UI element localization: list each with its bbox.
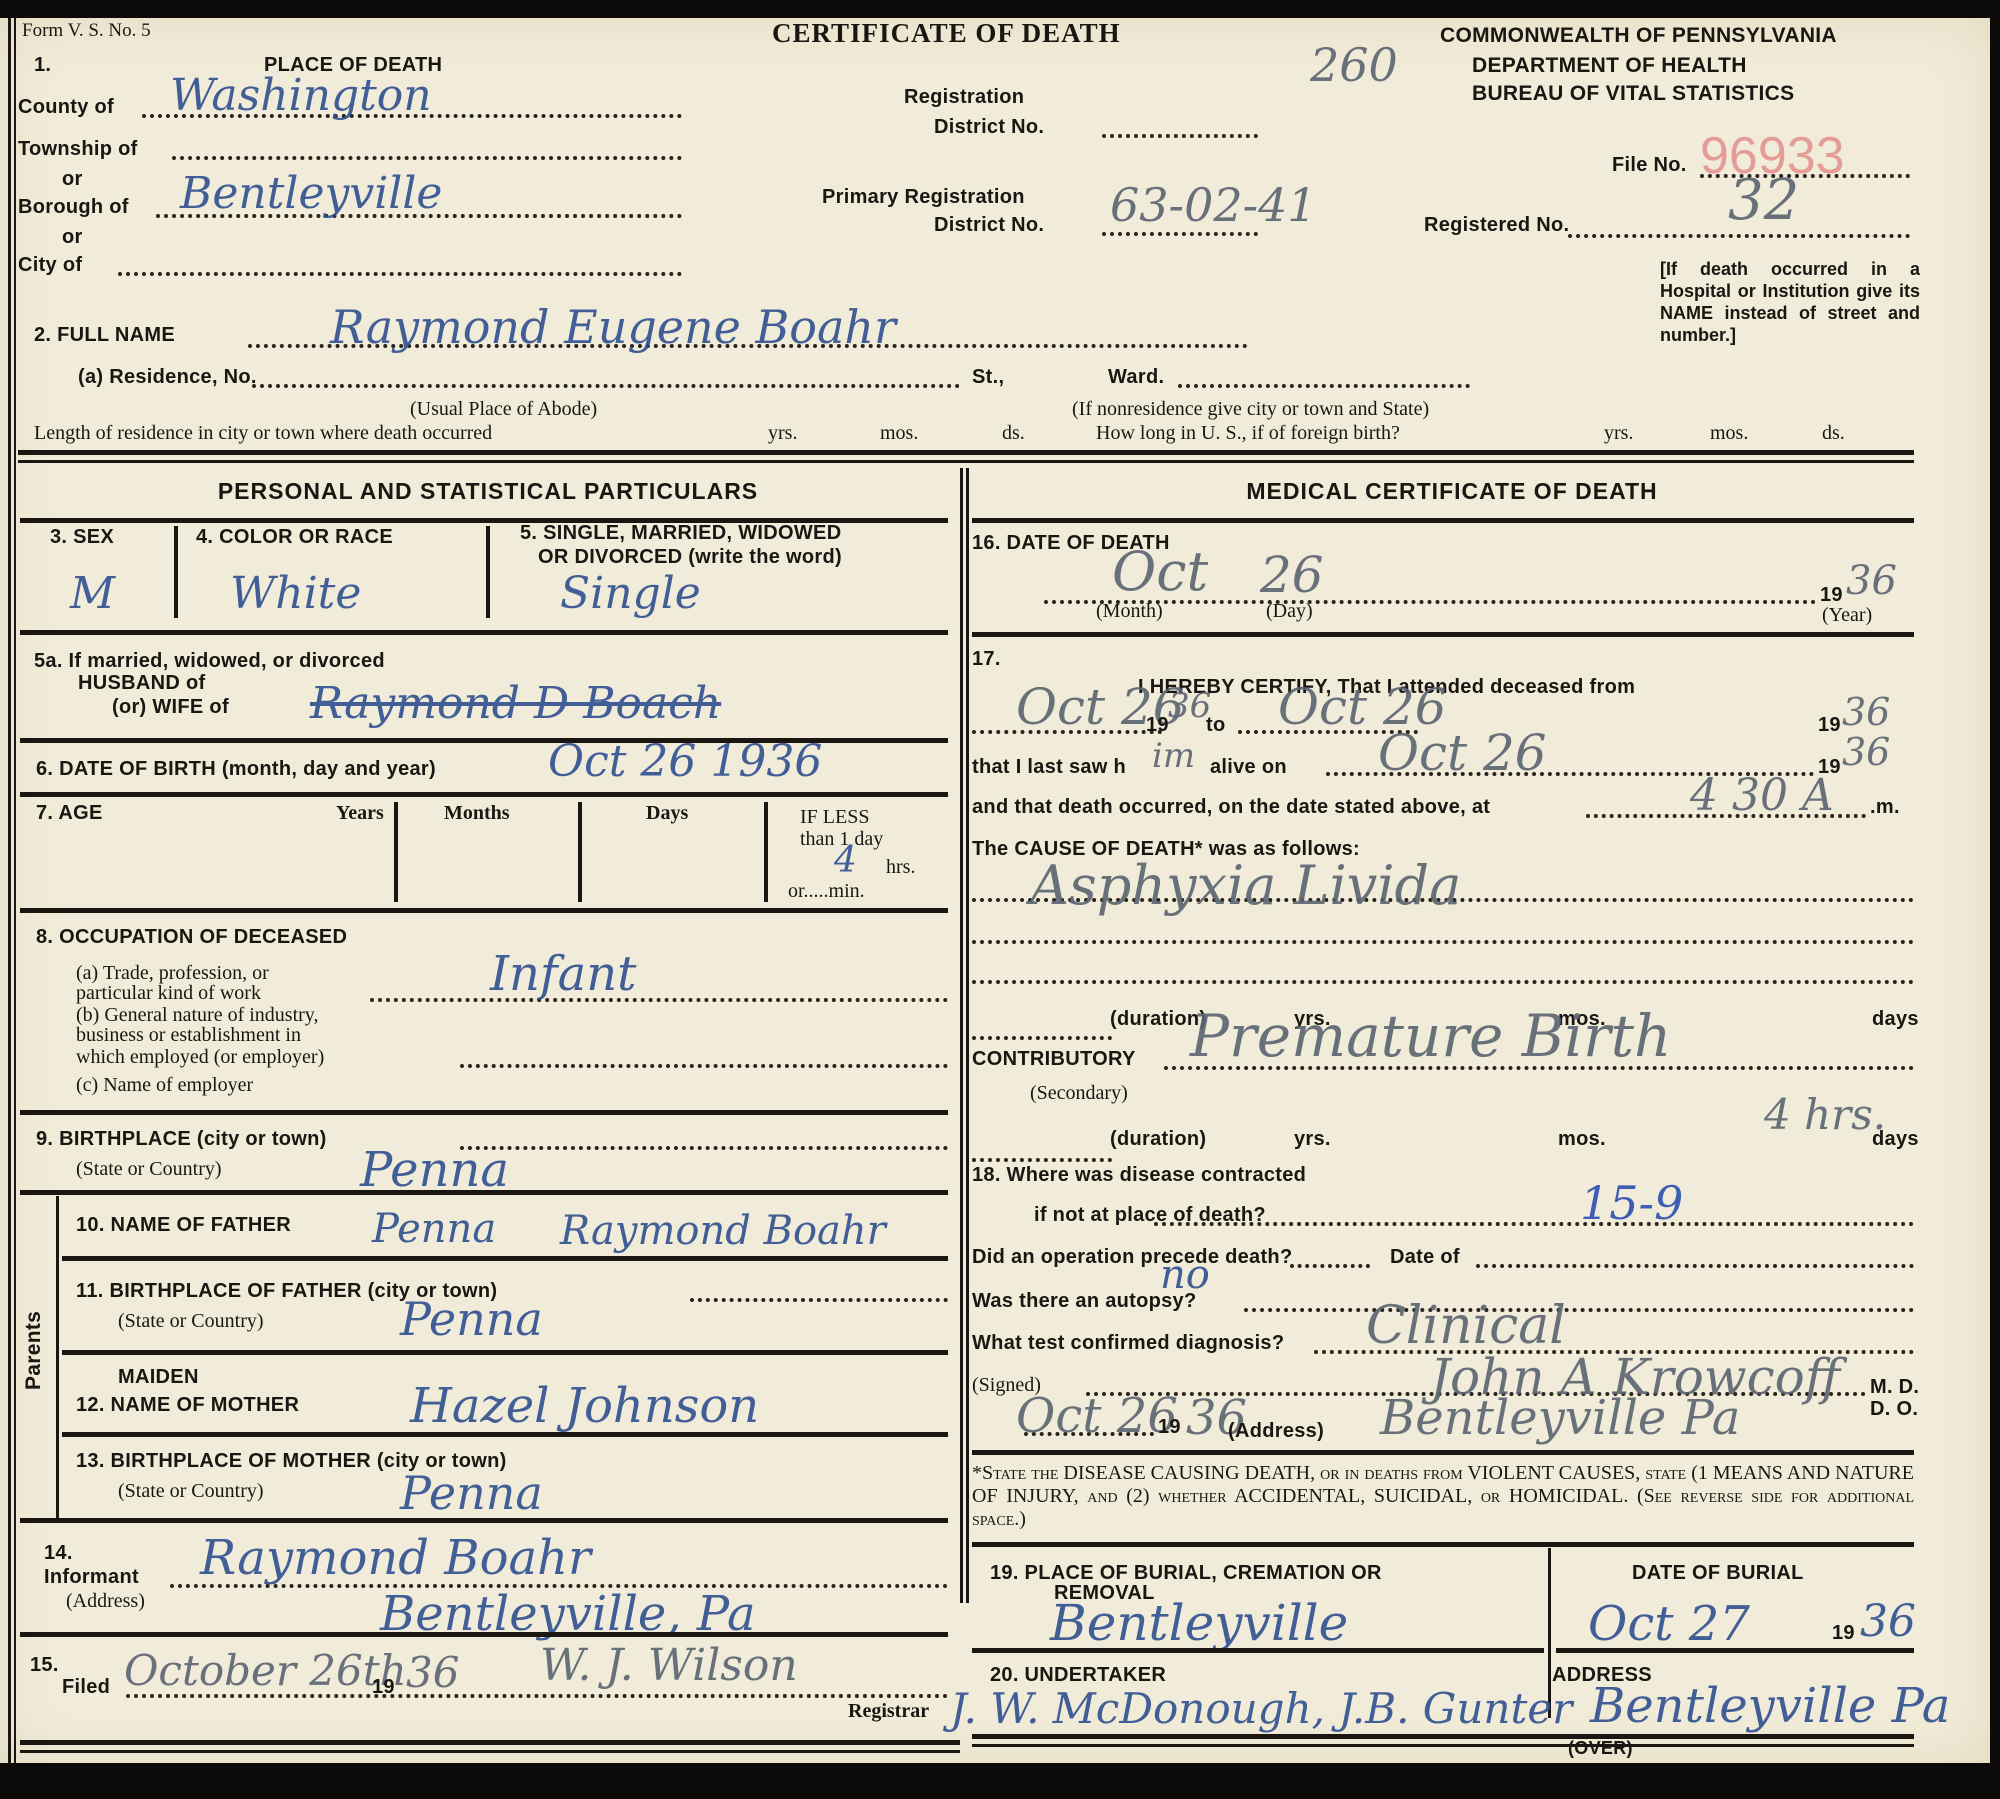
divider xyxy=(972,1542,1914,1547)
divider xyxy=(972,518,1914,523)
mother-label: 12. NAME OF MOTHER xyxy=(76,1394,299,1417)
age-label: 7. AGE xyxy=(36,802,103,825)
last-saw-date[interactable]: Oct 26 xyxy=(1378,724,1547,782)
occupation-value[interactable]: Infant xyxy=(490,946,636,1002)
operation-label: Did an operation precede death? xyxy=(972,1246,1292,1269)
spouse-value-struck[interactable]: Raymond D Boach xyxy=(310,678,721,729)
agency-line3: BUREAU OF VITAL STATISTICS xyxy=(1472,82,1794,106)
attended-to-year[interactable]: 36 xyxy=(1842,690,1890,734)
filed-label: Filed xyxy=(62,1676,110,1699)
dod-day-value[interactable]: 26 xyxy=(1260,546,1324,604)
informant-label: Informant xyxy=(44,1566,139,1589)
informant-number: 14. xyxy=(44,1542,73,1565)
last-saw-year[interactable]: 36 xyxy=(1842,730,1890,774)
dob-label: 6. DATE OF BIRTH (month, day and year) xyxy=(36,758,436,781)
residence-yrs: yrs. xyxy=(768,422,797,445)
burial-19: 19 xyxy=(1832,1622,1855,1645)
last-saw-label: that I last saw h xyxy=(972,756,1126,779)
duration-line-2 xyxy=(972,1158,1112,1162)
race-value[interactable]: White xyxy=(230,568,361,619)
divider xyxy=(20,630,948,635)
q18-note[interactable]: 15-9 xyxy=(1580,1176,1683,1230)
operation-date-label: Date of xyxy=(1390,1246,1460,1269)
or-text-1: or xyxy=(62,168,83,191)
burial-place-label-1: 19. PLACE OF BURIAL, CREMATION OR xyxy=(990,1562,1382,1585)
hospital-note: [If death occurred in a Hospital or Inst… xyxy=(1660,258,1920,346)
registration-district-field[interactable] xyxy=(1102,134,1258,138)
or-text-2: or xyxy=(62,226,83,249)
cause-line-3 xyxy=(972,980,1914,984)
sex-label: 3. SEX xyxy=(50,526,114,549)
q18-line xyxy=(1154,1222,1914,1226)
to-19: 19 xyxy=(1818,714,1841,737)
hrs-label: hrs. xyxy=(886,856,915,879)
operation-line xyxy=(1290,1264,1370,1268)
birthplace-label: 9. BIRTHPLACE (city or town) xyxy=(36,1128,327,1151)
burial-date-label: DATE OF BURIAL xyxy=(1632,1562,1804,1585)
registered-no-value[interactable]: 32 xyxy=(1728,168,1799,233)
cell-divider xyxy=(394,802,398,902)
marital-value[interactable]: Single xyxy=(560,568,701,619)
cell-divider xyxy=(578,802,582,902)
do-label: D. O. xyxy=(1870,1398,1918,1421)
length-residence-label: Length of residence in city or town wher… xyxy=(34,422,492,445)
cause-of-death-value[interactable]: Asphyxia Livida xyxy=(1030,854,1461,917)
duration-label-2: (duration) xyxy=(1110,1128,1206,1151)
year-label: (Year) xyxy=(1822,604,1872,627)
primary-district-line xyxy=(1102,232,1258,236)
nonresidence-note: (If nonresidence give city or town and S… xyxy=(1072,398,1429,421)
residence-st: St., xyxy=(972,366,1004,389)
divider xyxy=(20,792,948,797)
duration-days-1: days xyxy=(1872,1008,1919,1031)
occupation-b3-label: which employed (or employer) xyxy=(76,1046,324,1069)
birthplace-line xyxy=(460,1146,948,1150)
over-label: (OVER) xyxy=(1568,1738,1633,1759)
form-id: Form V. S. No. 5 xyxy=(22,20,151,42)
ward-line xyxy=(1178,384,1470,388)
informant-address-label: (Address) xyxy=(66,1590,145,1613)
divider xyxy=(972,1734,1914,1739)
foreign-birth-label: How long in U. S., if of foreign birth? xyxy=(1096,422,1400,445)
certify-number: 17. xyxy=(972,648,1001,671)
registration-label: Registration xyxy=(904,86,1024,109)
burial-place-value[interactable]: Bentleyville xyxy=(1050,1594,1348,1652)
column-divider xyxy=(960,468,963,1603)
day-label: (Day) xyxy=(1266,600,1313,623)
county-value[interactable]: Washington xyxy=(170,70,432,121)
primary-district-value[interactable]: 63-02-41 xyxy=(1110,178,1317,232)
dob-value[interactable]: Oct 26 1936 xyxy=(548,736,822,787)
race-label: 4. COLOR OR RACE xyxy=(196,526,393,549)
burial-date-value[interactable]: Oct 27 xyxy=(1588,1596,1750,1652)
spouse-label-3: (or) WIFE of xyxy=(112,696,229,719)
age-months-label: Months xyxy=(444,802,510,825)
physician-address-label: (Address) xyxy=(1228,1420,1324,1443)
personal-heading: PERSONAL AND STATISTICAL PARTICULARS xyxy=(18,478,958,505)
contributory-duration[interactable]: 4 hrs. xyxy=(1764,1090,1886,1139)
filed-year-value[interactable]: 36 xyxy=(406,1648,459,1697)
autopsy-line xyxy=(1244,1308,1914,1312)
mother-value[interactable]: Hazel Johnson xyxy=(410,1378,759,1434)
left-border xyxy=(8,18,11,1763)
occupation-b-line xyxy=(460,1064,948,1068)
signed-date-value[interactable]: Oct 26 xyxy=(1016,1388,1178,1444)
cell-divider xyxy=(174,526,178,618)
operation-date-line xyxy=(1476,1264,1914,1268)
filed-19: 19 xyxy=(372,1676,395,1699)
divider xyxy=(62,1256,948,1261)
dod-year-value[interactable]: 36 xyxy=(1846,558,1897,604)
full-name-label: 2. FULL NAME xyxy=(34,324,175,347)
father-label: 10. NAME OF FATHER xyxy=(76,1214,291,1237)
borough-label: Borough of xyxy=(18,196,129,219)
divider xyxy=(20,908,948,913)
mother-birthplace-value[interactable]: Penna xyxy=(400,1466,543,1520)
duration-mos-2: mos. xyxy=(1558,1128,1606,1151)
occupation-a-line xyxy=(370,998,948,1002)
foreign-ds: ds. xyxy=(1822,422,1845,445)
duration-yrs-2: yrs. xyxy=(1294,1128,1331,1151)
age-years-label: Years xyxy=(336,802,384,825)
father-birthplace-value[interactable]: Penna xyxy=(400,1292,543,1346)
residence-label: (a) Residence, No. xyxy=(78,366,257,389)
city-label: City of xyxy=(18,254,82,277)
divider xyxy=(18,460,1914,463)
maiden-label: MAIDEN xyxy=(118,1366,199,1389)
divider xyxy=(20,1740,960,1745)
city-line xyxy=(118,272,682,276)
test-label: What test confirmed diagnosis? xyxy=(972,1332,1284,1355)
from-19: 19 xyxy=(1146,714,1169,737)
filed-number: 15. xyxy=(30,1654,59,1677)
occupation-c-label: (c) Name of employer xyxy=(76,1074,253,1097)
month-label: (Month) xyxy=(1096,600,1163,623)
abode-note: (Usual Place of Abode) xyxy=(410,398,597,421)
certificate-title: CERTIFICATE OF DEATH xyxy=(772,18,1121,49)
father-birthplace-line xyxy=(690,1298,948,1302)
cell-divider xyxy=(486,526,490,618)
occupation-label: 8. OCCUPATION OF DECEASED xyxy=(36,926,347,949)
spouse-label-1: 5a. If married, widowed, or divorced xyxy=(34,650,385,673)
birthplace-sub-label: (State or Country) xyxy=(76,1158,222,1181)
divider xyxy=(20,1518,948,1523)
registered-no-line xyxy=(1568,234,1910,238)
foreign-mos: mos. xyxy=(1710,422,1748,445)
residence-mos: mos. xyxy=(880,422,918,445)
township-line xyxy=(172,156,682,160)
primary-registration-label: Primary Registration xyxy=(822,186,1025,209)
cause-footnote: *State the DISEASE CAUSING DEATH, or in … xyxy=(972,1462,1914,1531)
filed-date-value[interactable]: October 26th xyxy=(124,1646,407,1695)
margin-number: 260 xyxy=(1310,38,1398,92)
test-value[interactable]: Clinical xyxy=(1366,1296,1566,1356)
father-value[interactable]: Raymond Boahr xyxy=(560,1208,886,1254)
primary-district-label: District No. xyxy=(934,214,1044,237)
divider xyxy=(20,1750,960,1753)
burial-year-value[interactable]: 36 xyxy=(1860,1596,1916,1647)
age-days-label: Days xyxy=(646,802,688,825)
father-struck: Penna xyxy=(372,1206,496,1252)
time-of-death[interactable]: 4 30 A xyxy=(1690,770,1834,821)
physician-address-value[interactable]: Bentleyville Pa xyxy=(1380,1390,1740,1446)
cause-line-2 xyxy=(972,940,1914,944)
autopsy-label: Was there an autopsy? xyxy=(972,1290,1197,1313)
medical-heading: MEDICAL CERTIFICATE OF DEATH xyxy=(972,478,1932,505)
section-1-number: 1. xyxy=(34,54,51,77)
marital-label-1: 5. SINGLE, MARRIED, WIDOWED xyxy=(520,522,841,545)
death-certificate: Form V. S. No. 5 CERTIFICATE OF DEATH CO… xyxy=(0,18,1990,1763)
borough-value[interactable]: Bentleyville xyxy=(180,168,442,219)
time-label: and that death occurred, on the date sta… xyxy=(972,796,1490,819)
left-border-inner xyxy=(14,18,16,1763)
foreign-yrs: yrs. xyxy=(1604,422,1633,445)
agency-line1: COMMONWEALTH OF PENNSYLVANIA xyxy=(1440,24,1837,48)
md-label: M. D. xyxy=(1870,1376,1919,1399)
file-no-label: File No. xyxy=(1612,154,1687,177)
duration-line-1 xyxy=(972,1036,1112,1040)
divider xyxy=(1556,1648,1914,1653)
parents-bracket xyxy=(56,1196,59,1521)
county-label: County of xyxy=(18,96,114,119)
divider xyxy=(972,1450,1914,1455)
q18-label: 18. Where was disease contracted xyxy=(972,1164,1306,1187)
contributory-label: CONTRIBUTORY xyxy=(972,1048,1136,1071)
divider xyxy=(20,1190,948,1195)
less-than-label-1: IF LESS xyxy=(800,806,869,829)
sex-value[interactable]: M xyxy=(70,568,115,619)
divider xyxy=(20,1110,948,1115)
residence-ds: ds. xyxy=(1002,422,1025,445)
township-label: Township of xyxy=(18,138,138,161)
divider xyxy=(972,632,1914,637)
occupation-a2-label: particular kind of work xyxy=(76,982,261,1005)
mother-bp-sub-label: (State or Country) xyxy=(118,1480,264,1503)
parents-label: Parents xyxy=(22,1311,46,1390)
divider xyxy=(972,1744,1914,1747)
divider xyxy=(62,1432,948,1437)
father-bp-sub-label: (State or Country) xyxy=(118,1310,264,1333)
registered-no-label: Registered No. xyxy=(1424,214,1569,237)
alive-on-label: alive on xyxy=(1210,756,1287,779)
residence-line xyxy=(252,384,960,388)
registrar-label: Registrar xyxy=(848,1700,929,1723)
divider xyxy=(20,1632,948,1637)
residence-ward: Ward. xyxy=(1108,366,1164,389)
dod-month-value[interactable]: Oct xyxy=(1112,540,1208,603)
attended-from-year[interactable]: 36 xyxy=(1168,686,1211,726)
undertaker-value[interactable]: J. W. McDonough, J.B. Gunter xyxy=(950,1684,1572,1733)
divider xyxy=(18,450,1914,455)
column-divider xyxy=(966,468,969,1603)
divider xyxy=(972,1648,1544,1653)
full-name-value[interactable]: Raymond Eugene Boahr xyxy=(330,300,896,354)
registration-district-label: District No. xyxy=(934,116,1044,139)
contributory-value[interactable]: Premature Birth xyxy=(1190,1002,1671,1070)
agency-line2: DEPARTMENT OF HEALTH xyxy=(1472,54,1747,78)
divider xyxy=(62,1350,948,1355)
registrar-signature[interactable]: W. J. Wilson xyxy=(540,1640,798,1691)
secondary-label: (Secondary) xyxy=(1030,1082,1128,1105)
cell-divider xyxy=(764,802,768,902)
spouse-label-2: HUSBAND of xyxy=(78,672,205,695)
last-saw-pronoun[interactable]: im xyxy=(1152,736,1195,776)
informant-value[interactable]: Raymond Boahr xyxy=(200,1530,591,1586)
to-label: to xyxy=(1206,714,1225,737)
marital-label-2: OR DIVORCED (write the word) xyxy=(538,546,842,569)
min-label: or.....min. xyxy=(788,880,865,903)
time-suffix: .m. xyxy=(1870,796,1900,819)
occupation-b2-label: business or establishment in xyxy=(76,1024,301,1047)
signed-19: 19 xyxy=(1158,1416,1181,1439)
undertaker-address-value[interactable]: Bentleyville Pa xyxy=(1590,1678,1950,1734)
age-hours-value[interactable]: 4 xyxy=(834,840,857,881)
